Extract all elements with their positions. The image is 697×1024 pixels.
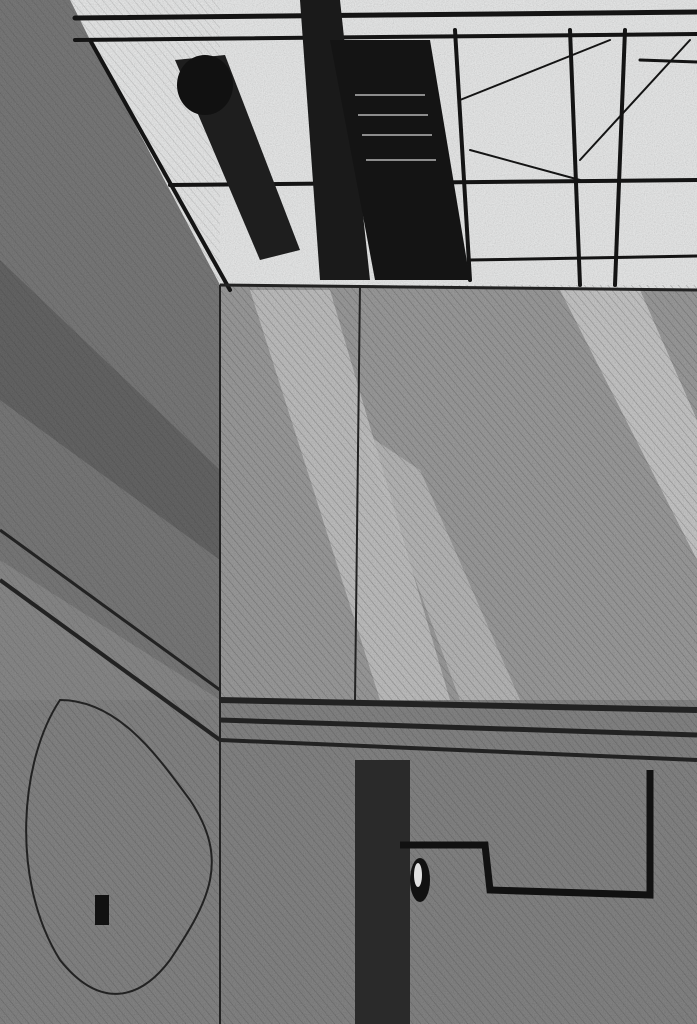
etching-artwork — [0, 0, 697, 1024]
etching-canvas — [0, 0, 697, 1024]
doorway — [355, 760, 410, 1024]
